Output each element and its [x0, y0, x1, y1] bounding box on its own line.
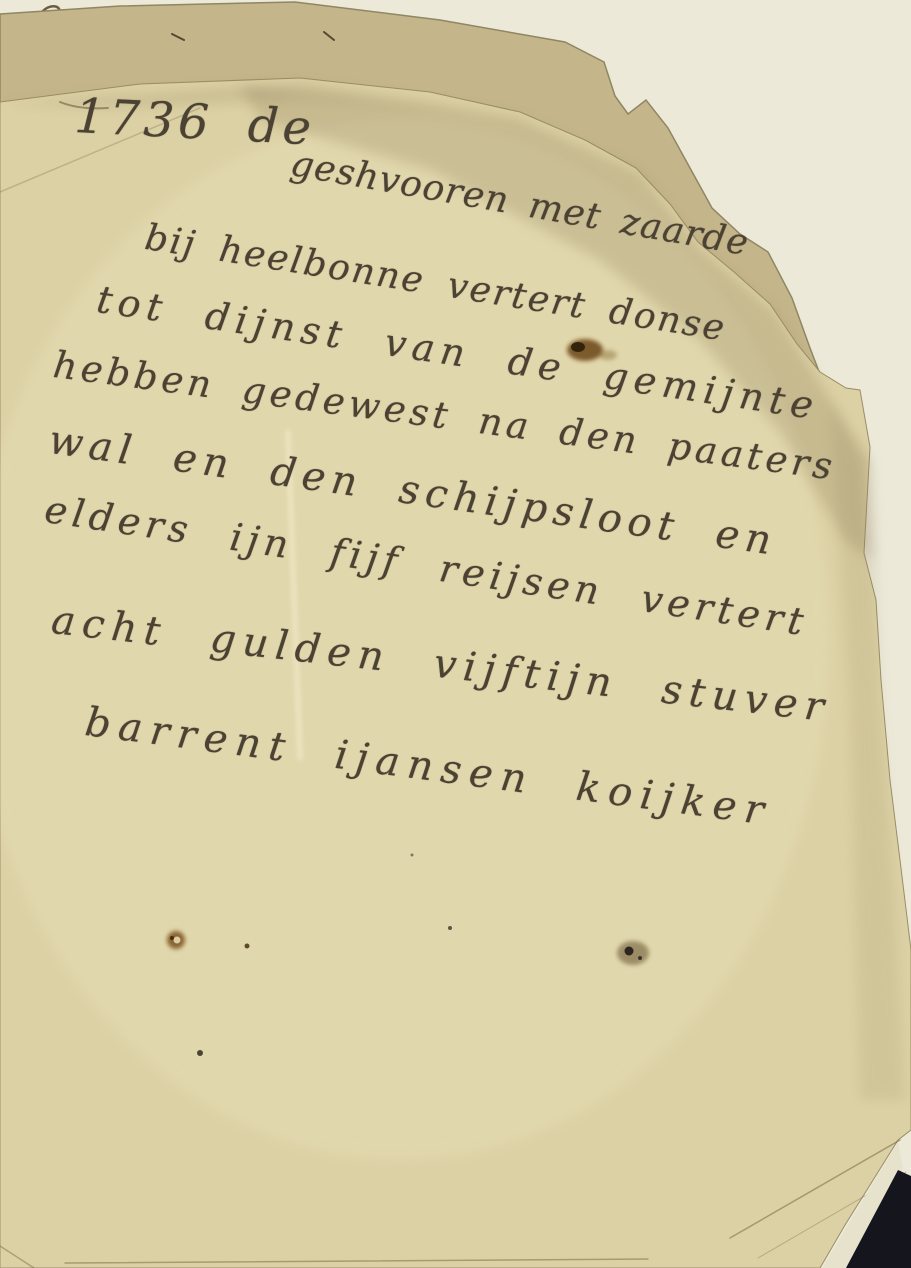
- manuscript-photo: 1736 de geshvooren met zaarde bij heelbo…: [0, 0, 911, 1268]
- handwritten-line-year: 1736 de: [73, 92, 316, 153]
